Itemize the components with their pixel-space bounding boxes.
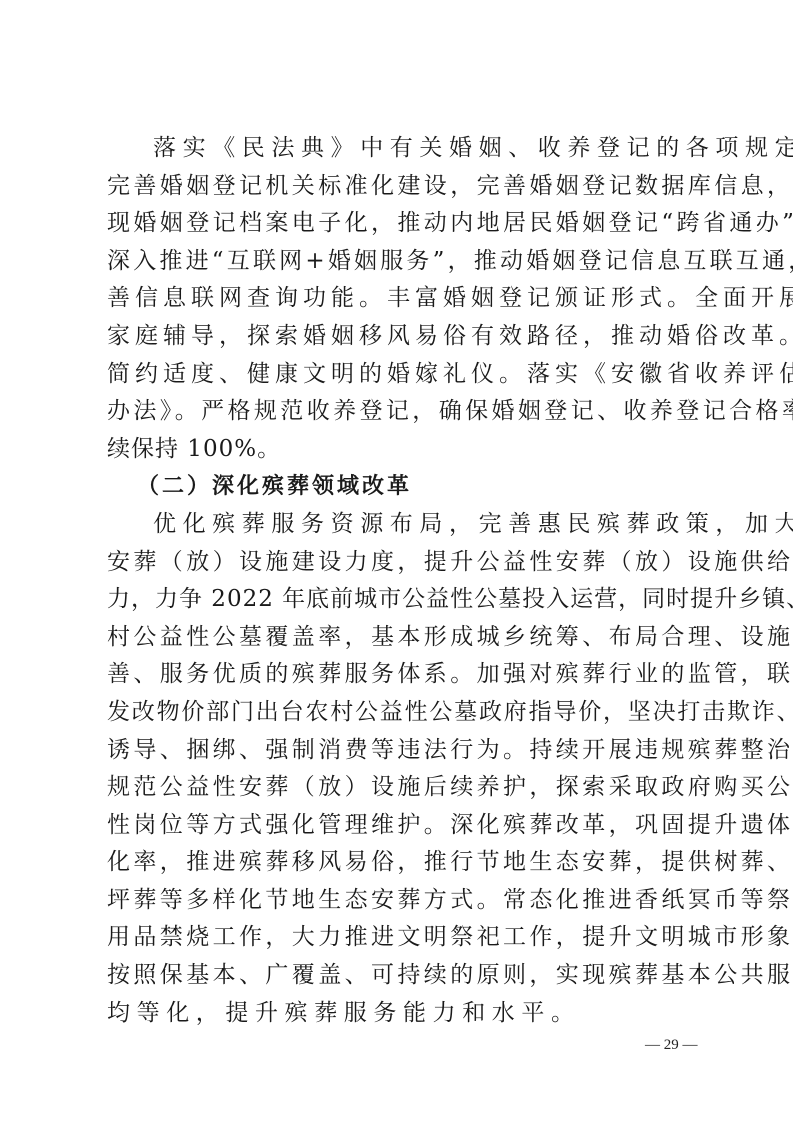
paragraph-funeral-reform: 优化殡葬服务资源布局，完善惠民殡葬政策，加大公益性 安葬（放）设施建设力度，提升… bbox=[107, 506, 687, 1032]
text-line: 完善婚姻登记机关标准化建设，完善婚姻登记数据库信息，实 bbox=[107, 168, 687, 206]
text-line: 村公益性公墓覆盖率，基本形成城乡统筹、布局合理、设施完 bbox=[107, 619, 687, 657]
text-line: 续保持 100%。 bbox=[107, 431, 687, 469]
text-line: 家庭辅导，探索婚姻移风易俗有效路径，推动婚俗改革。倡导 bbox=[107, 318, 687, 356]
text-line: 善、服务优质的殡葬服务体系。加强对殡葬行业的监管，联合 bbox=[107, 656, 687, 694]
text-line: 规范公益性安葬（放）设施后续养护，探索采取政府购买公益 bbox=[107, 769, 687, 807]
text-line: 简约适度、健康文明的婚嫁礼仪。落实《安徽省收养评估实施 bbox=[107, 356, 687, 394]
text-line: 安葬（放）设施建设力度，提升公益性安葬（放）设施供给能 bbox=[107, 544, 687, 582]
text-line: 深入推进“互联网+婚姻服务”，推动婚姻登记信息互联互通，完 bbox=[107, 243, 687, 281]
paragraph-marriage-adoption-registration: 落实《民法典》中有关婚姻、收养登记的各项规定。持续 完善婚姻登记机关标准化建设，… bbox=[107, 130, 687, 468]
text-line: 均等化，提升殡葬服务能力和水平。 bbox=[107, 995, 687, 1033]
text-line: 化率，推进殡葬移风易俗，推行节地生态安葬，提供树葬、草 bbox=[107, 844, 687, 882]
section-heading: （二）深化殡葬领域改革 bbox=[107, 468, 687, 506]
document-page: 落实《民法典》中有关婚姻、收养登记的各项规定。持续 完善婚姻登记机关标准化建设，… bbox=[107, 130, 687, 1032]
text-line: 善信息联网查询功能。丰富婚姻登记颁证形式。全面开展婚姻 bbox=[107, 280, 687, 318]
page-number: — 29 — bbox=[645, 1037, 698, 1054]
text-line: 用品禁烧工作，大力推进文明祭祀工作，提升文明城市形象。 bbox=[107, 919, 687, 957]
text-line: 按照保基本、广覆盖、可持续的原则，实现殡葬基本公共服务 bbox=[107, 957, 687, 995]
text-line: 办法》。严格规范收养登记，确保婚姻登记、收养登记合格率持 bbox=[107, 393, 687, 431]
text-line: 坪葬等多样化节地生态安葬方式。常态化推进香纸冥币等祭祀 bbox=[107, 882, 687, 920]
text-line: 优化殡葬服务资源布局，完善惠民殡葬政策，加大公益性 bbox=[107, 506, 687, 544]
text-line: 发改物价部门出台农村公益性公墓政府指导价，坚决打击欺诈、 bbox=[107, 694, 687, 732]
text-line: 现婚姻登记档案电子化，推动内地居民婚姻登记“跨省通办”。 bbox=[107, 205, 687, 243]
text-line: 力，力争 2022 年底前城市公益性公墓投入运营，同时提升乡镇、 bbox=[107, 581, 687, 619]
text-line: 诱导、捆绑、强制消费等违法行为。持续开展违规殡葬整治， bbox=[107, 732, 687, 770]
text-line: 性岗位等方式强化管理维护。深化殡葬改革，巩固提升遗体火 bbox=[107, 807, 687, 845]
text-line: 落实《民法典》中有关婚姻、收养登记的各项规定。持续 bbox=[107, 130, 687, 168]
